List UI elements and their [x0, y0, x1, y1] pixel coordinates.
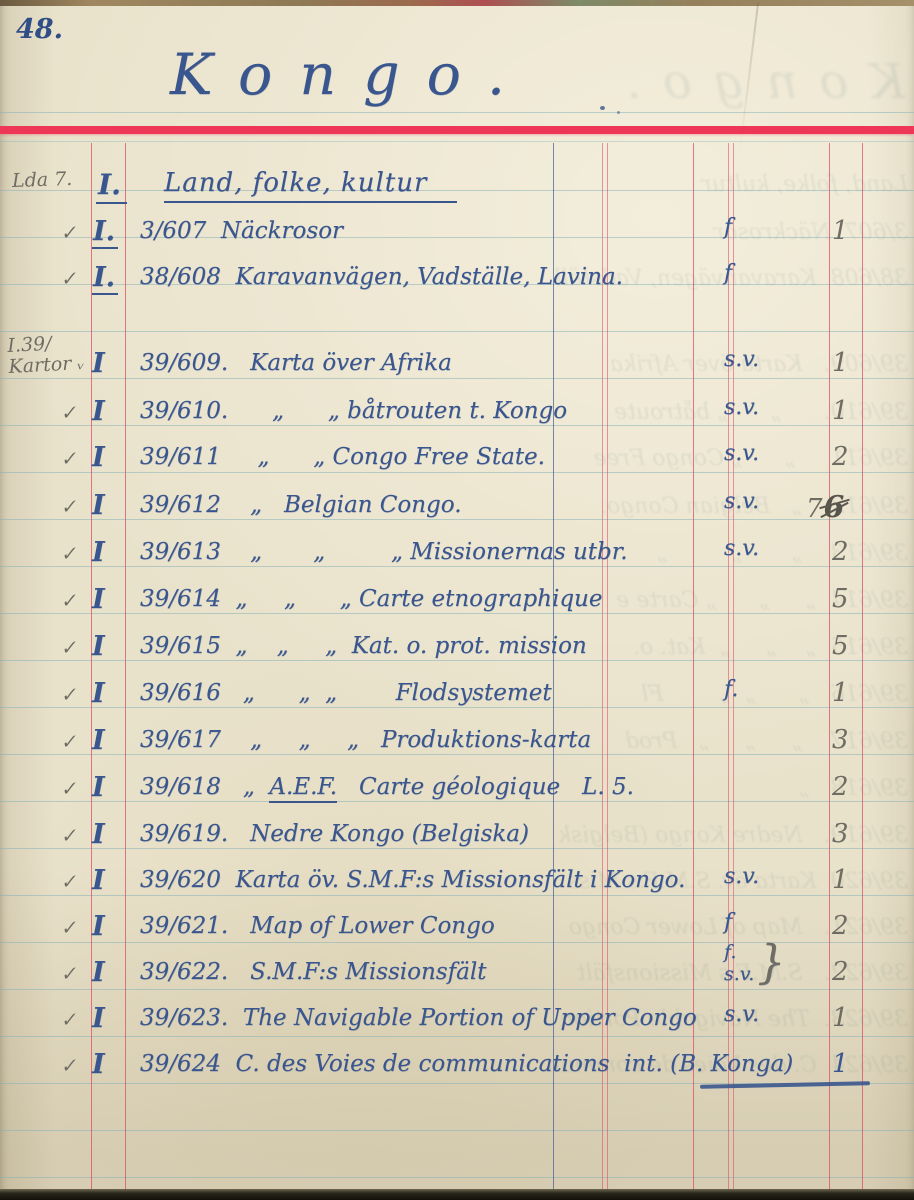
copy-count: 1 — [832, 1003, 902, 1033]
entry-description: 39/618 „ A.E.F. Carte géologique L. 5. — [140, 774, 634, 800]
ruled-line — [0, 331, 914, 332]
roman-numeral: I. — [92, 216, 118, 249]
roman-numeral: I — [92, 396, 105, 427]
ledger-row: ✓I39/611 „ „ Congo Free State.s.v.2 — [0, 440, 914, 486]
entry-description: 39/612 „ Belgian Congo. — [140, 492, 462, 518]
scan-edge-bottom — [0, 1189, 914, 1200]
ledger-row: ✓I39/618 „ A.E.F. Carte géologique L. 5.… — [0, 770, 914, 816]
check-mark: ✓ — [61, 730, 80, 754]
check-mark: ✓ — [61, 916, 80, 940]
check-mark: ✓ — [61, 962, 80, 986]
ledger-row: ✓I39/610. „ „ båtrouten t. Kongos.v.1 — [0, 394, 914, 440]
roman-numeral: I — [92, 957, 105, 988]
roman-numeral: I — [92, 631, 105, 662]
ledger-row: ✓I39/622. S.M.F:s Missionsfältf. s.v.}2 — [0, 955, 914, 1001]
format-code: s.v. — [724, 537, 834, 561]
entry-description: Land, folke, kultur — [164, 168, 457, 203]
roman-numeral: I — [92, 865, 105, 896]
ledger-row: ✓I39/613 „ „ „ Missionernas utbr.s.v.2 — [0, 535, 914, 581]
entry-description: 38/608 Karavanvägen, Vadställe, Lavina. — [140, 264, 623, 290]
format-code: f — [724, 262, 834, 286]
check-mark: ✓ — [61, 636, 80, 660]
entry-description: 39/623. The Navigable Portion of Upper C… — [140, 1005, 697, 1031]
format-code: s.v. — [724, 348, 834, 372]
ledger-page: Kongo.Land, folke, kultur3/607 Näckrosor… — [0, 0, 914, 1200]
entry-description: 39/614 „ „ „ Carte etnographique — [140, 586, 602, 612]
format-code-lines: f. s.v. — [724, 941, 754, 985]
roman-numeral: I — [92, 1003, 105, 1034]
copy-count: 3 — [832, 725, 902, 755]
ledger-row: ✓I39/616 „ „ „ Flodsystemetf.1 — [0, 676, 914, 722]
check-mark: ✓ — [61, 221, 80, 245]
copy-count: 2 — [832, 772, 902, 802]
ink-dot — [617, 111, 620, 114]
entry-description: 39/615 „ „ „ Kat. o. prot. mission — [140, 633, 587, 659]
ink-dot — [600, 106, 605, 110]
entry-description: 39/611 „ „ Congo Free State. — [140, 444, 545, 470]
ruled-line — [0, 141, 914, 142]
entry-description: 39/619. Nedre Kongo (Belgiska) — [140, 821, 529, 847]
check-mark: ✓ — [61, 870, 80, 894]
header-rule-band — [0, 126, 914, 134]
entry-description: 39/622. S.M.F:s Missionsfält — [140, 959, 486, 985]
copy-count: 1 — [832, 348, 902, 378]
check-mark: ✓ — [61, 777, 80, 801]
copy-count: 5 — [832, 631, 902, 661]
roman-numeral: I — [92, 772, 105, 803]
format-code: f — [724, 911, 834, 935]
check-mark: ✓ — [61, 1054, 80, 1078]
ledger-row: ✓I39/615 „ „ „ Kat. o. prot. mission5 — [0, 629, 914, 675]
roman-numeral: I — [92, 1049, 105, 1080]
roman-numeral: I — [92, 678, 105, 709]
check-mark: ✓ — [61, 447, 80, 471]
entry-description: 39/610. „ „ båtrouten t. Kongo — [140, 398, 567, 424]
ledger-row: ✓I39/617 „ „ „ Produktions-karta3 — [0, 723, 914, 769]
scan-edge-top — [0, 0, 914, 6]
copy-count: 1 — [832, 216, 902, 246]
roman-numeral: I — [92, 442, 105, 473]
entry-description: 39/624 C. des Voies de communications in… — [140, 1051, 793, 1077]
ink-underline — [700, 1081, 870, 1089]
check-mark: ✓ — [61, 542, 80, 566]
format-code: s.v. — [724, 865, 834, 889]
ledger-row: ✓I.3/607 Näckrosorf1 — [0, 214, 914, 260]
check-mark: ✓ — [61, 824, 80, 848]
entry-description: 39/613 „ „ „ Missionernas utbr. — [140, 539, 628, 565]
copy-count: 2 — [832, 537, 902, 567]
roman-numeral: I — [92, 584, 105, 615]
struck-count: 6 — [824, 490, 845, 525]
roman-numeral: I — [92, 490, 105, 521]
check-mark: ✓ — [61, 495, 80, 519]
ledger-row: I.Land, folke, kultur — [0, 166, 914, 212]
ledger-row: ✓I39/619. Nedre Kongo (Belgiska)3 — [0, 817, 914, 863]
format-code: s.v. — [724, 442, 834, 466]
format-code: s.v. — [724, 1003, 834, 1027]
entry-description: 39/617 „ „ „ Produktions-karta — [140, 727, 591, 753]
roman-numeral: I — [92, 348, 105, 379]
ledger-row: ✓I39/612 „ Belgian Congo.s.v.76 — [0, 488, 914, 534]
ledger-row: ✓I39/623. The Navigable Portion of Upper… — [0, 1001, 914, 1047]
roman-numeral: I — [92, 537, 105, 568]
copy-count: 1 — [832, 1049, 902, 1079]
roman-numeral: I — [92, 911, 105, 942]
entry-description: 3/607 Näckrosor — [140, 218, 343, 244]
copy-count: 5 — [832, 584, 902, 614]
underlined-abbreviation: A.E.F. — [269, 774, 337, 803]
copy-count: 76 — [806, 490, 876, 525]
page-number: 48. — [16, 14, 63, 45]
roman-numeral: I. — [92, 262, 118, 295]
ruled-line — [0, 112, 914, 113]
pencil-brace: } — [757, 950, 785, 975]
format-code: f. — [724, 678, 834, 702]
check-mark: ✓ — [61, 589, 80, 613]
ledger-row: ✓I39/620 Karta öv. S.M.F:s Missionsfält … — [0, 863, 914, 909]
copy-count: 2 — [832, 957, 902, 987]
copy-count: 2 — [832, 911, 902, 941]
copy-count: 2 — [832, 442, 902, 472]
check-mark: ✓ — [61, 1008, 80, 1032]
copy-count: 3 — [832, 819, 902, 849]
format-code: f. s.v.} — [724, 941, 834, 985]
ledger-row: ✓I39/624 C. des Voies de communications … — [0, 1047, 914, 1093]
roman-numeral: I — [92, 819, 105, 850]
ledger-row: ✓I.38/608 Karavanvägen, Vadställe, Lavin… — [0, 260, 914, 306]
ghost-title: Kongo. — [545, 54, 905, 110]
format-code: f — [724, 216, 834, 240]
copy-count: 1 — [832, 396, 902, 426]
ledger-row: ✓I39/614 „ „ „ Carte etnographique5 — [0, 582, 914, 628]
copy-count: 1 — [832, 865, 902, 895]
roman-numeral: I. — [96, 168, 127, 204]
ruled-line — [0, 1130, 914, 1131]
ledger-row: I39/609. Karta över Afrikas.v.1 — [0, 346, 914, 392]
entry-description: 39/616 „ „ „ Flodsystemet — [140, 680, 552, 706]
copy-count: 1 — [832, 678, 902, 708]
entry-description: 39/621. Map of Lower Congo — [140, 913, 495, 939]
check-mark: ✓ — [61, 401, 80, 425]
check-mark: ✓ — [61, 683, 80, 707]
ruled-line — [0, 1177, 914, 1178]
roman-numeral: I — [92, 725, 105, 756]
check-mark: ✓ — [61, 267, 80, 291]
page-title: Kongo. — [170, 42, 532, 108]
format-code: s.v. — [724, 396, 834, 420]
entry-description: 39/609. Karta över Afrika — [140, 350, 452, 376]
entry-description: 39/620 Karta öv. S.M.F:s Missionsfält i … — [140, 867, 685, 893]
